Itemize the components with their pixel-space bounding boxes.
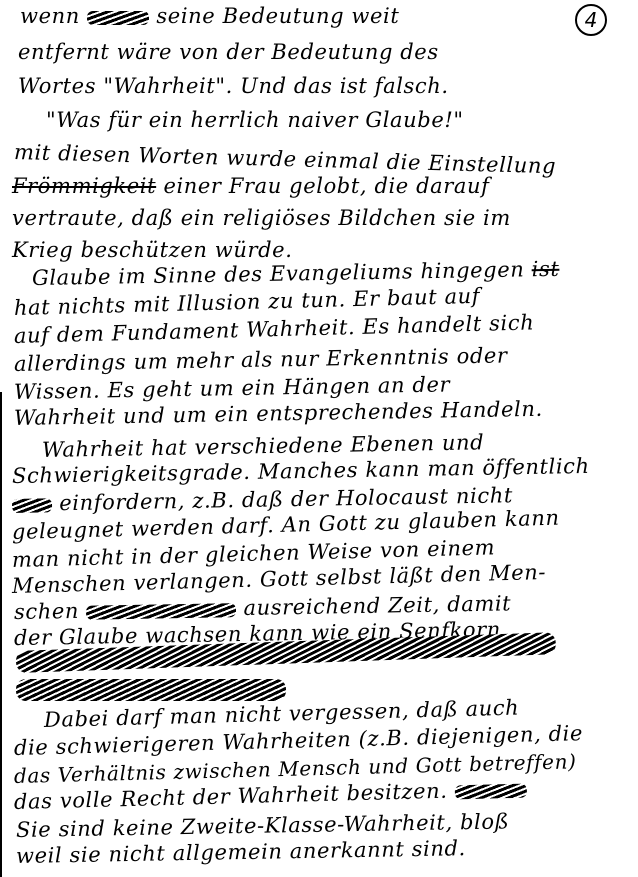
crossed-out-line bbox=[16, 674, 286, 702]
text-line: Frömmigkeit einer Frau gelobt, die darau… bbox=[12, 172, 490, 200]
text-line: entfernt wäre von der Bedeutung des bbox=[18, 38, 439, 66]
text-fragment: schen bbox=[14, 599, 79, 624]
text-fragment: wenn bbox=[20, 4, 80, 28]
page-edge-line bbox=[0, 392, 2, 877]
text-fragment: seine Bedeutung weit bbox=[156, 4, 399, 28]
crossed-out-word: ist bbox=[531, 257, 559, 281]
crossed-out-word: Frömmigkeit bbox=[12, 174, 156, 198]
text-fragment: einer Frau gelobt, die darauf bbox=[163, 174, 489, 198]
text-line: "Was für ein herrlich naiver Glaube!" bbox=[46, 106, 464, 134]
scribble-block bbox=[16, 679, 286, 701]
text-line: Wortes "Wahrheit". Und das ist falsch. bbox=[18, 72, 449, 100]
crossed-out-word bbox=[12, 498, 52, 513]
text-line: vertraute, daß ein religiöses Bildchen s… bbox=[12, 204, 511, 232]
crossed-out-word bbox=[87, 11, 149, 25]
manuscript-page: 4 wenn seine Bedeutung weit entfernt wär… bbox=[0, 0, 638, 877]
page-number-circled: 4 bbox=[575, 4, 607, 36]
crossed-out-word bbox=[455, 783, 527, 799]
text-line: wenn seine Bedeutung weit bbox=[20, 2, 399, 30]
crossed-out-word bbox=[86, 603, 236, 620]
